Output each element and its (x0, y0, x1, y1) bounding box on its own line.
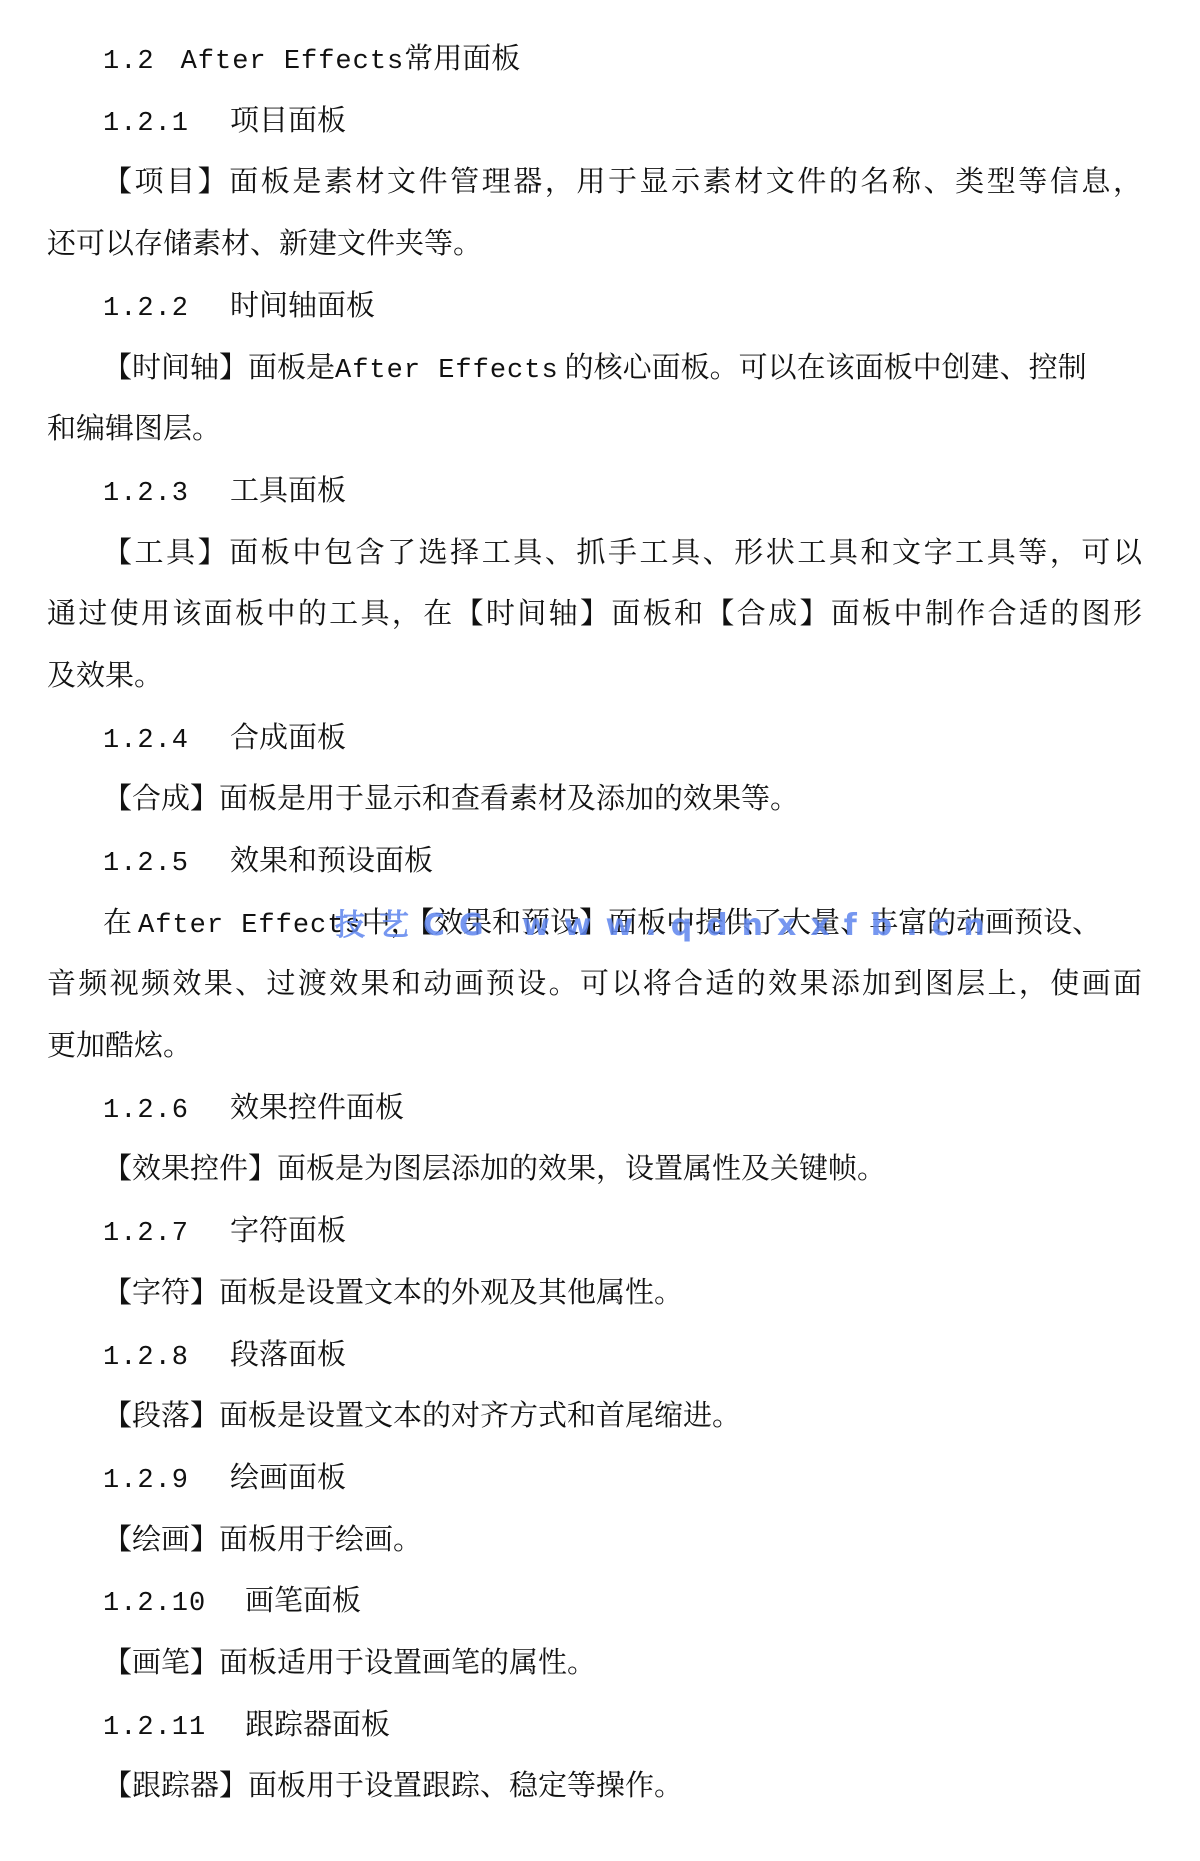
subsection-title: 合成面板 (230, 717, 346, 757)
subsection-heading: 1.2.3工具面板 (103, 470, 189, 510)
paragraph-line: 更加酷炫。 (47, 1025, 192, 1065)
watermark-text: 技艺CG www.qdnxxfb.cn (335, 900, 999, 944)
section-heading: 1.2After Effects常用面板 (103, 38, 520, 78)
subsection-title: 字符面板 (230, 1210, 346, 1250)
subsection-number: 1.2.11 (103, 1708, 206, 1748)
text-run-latin: After Effects (138, 911, 362, 941)
subsection-number: 1.2.4 (103, 721, 189, 761)
subsection-heading: 1.2.1项目面板 (103, 100, 189, 140)
text-run-latin: After Effects (335, 356, 559, 386)
paragraph-line: 和编辑图层。 (47, 408, 221, 448)
subsection-title: 段落面板 (230, 1334, 346, 1374)
subsection-heading: 1.2.7字符面板 (103, 1210, 189, 1250)
subsection-heading: 1.2.9绘画面板 (103, 1457, 189, 1497)
subsection-number: 1.2.8 (103, 1338, 189, 1378)
subsection-heading: 1.2.4合成面板 (103, 717, 189, 757)
subsection-number: 1.2.10 (103, 1584, 206, 1624)
subsection-heading: 1.2.2时间轴面板 (103, 285, 189, 325)
subsection-heading: 1.2.8段落面板 (103, 1334, 189, 1374)
section-title-cjk: 常用面板 (404, 41, 520, 75)
subsection-heading: 1.2.5效果和预设面板 (103, 840, 189, 880)
subsection-number: 1.2.6 (103, 1091, 189, 1131)
paragraph-line: 通过使用该面板中的工具，在【时间轴】面板和【合成】面板中制作合适的图形 (47, 593, 1142, 633)
subsection-heading: 1.2.11跟踪器面板 (103, 1704, 206, 1744)
subsection-number: 1.2.7 (103, 1214, 189, 1254)
text-run: 【时间轴】面板是 (103, 350, 335, 384)
text-run: 的核心面板。可以在该面板中创建、控制 (565, 350, 1087, 384)
paragraph-line: 【项目】面板是素材文件管理器，用于显示素材文件的名称、类型等信息， (103, 161, 1142, 201)
paragraph-line: 【段落】面板是设置文本的对齐方式和首尾缩进。 (103, 1395, 741, 1435)
paragraph-line: 【时间轴】面板是After Effects的核心面板。可以在该面板中创建、控制 (103, 347, 1087, 387)
paragraph-line: 【合成】面板是用于显示和查看素材及添加的效果等。 (103, 778, 799, 818)
subsection-title: 画笔面板 (245, 1580, 361, 1620)
subsection-title: 跟踪器面板 (245, 1704, 390, 1744)
paragraph-line: 【绘画】面板用于绘画。 (103, 1519, 422, 1559)
subsection-heading: 1.2.6效果控件面板 (103, 1087, 189, 1127)
subsection-title: 时间轴面板 (230, 285, 375, 325)
document-page: 1.2After Effects常用面板 1.2.1项目面板 【项目】面板是素材… (0, 0, 1200, 1861)
subsection-number: 1.2.3 (103, 474, 189, 514)
paragraph-line: 【跟踪器】面板用于设置跟踪、稳定等操作。 (103, 1765, 683, 1805)
subsection-title: 工具面板 (230, 470, 346, 510)
subsection-heading: 1.2.10画笔面板 (103, 1580, 206, 1620)
subsection-number: 1.2.2 (103, 289, 189, 329)
section-title-latin: After Effects (181, 47, 405, 77)
subsection-title: 效果控件面板 (230, 1087, 404, 1127)
subsection-title: 绘画面板 (230, 1457, 346, 1497)
paragraph-line: 音频视频效果、过渡效果和动画预设。可以将合适的效果添加到图层上，使画面 (47, 963, 1142, 1003)
paragraph-line: 【效果控件】面板是为图层添加的效果，设置属性及关键帧。 (103, 1148, 886, 1188)
section-number: 1.2 (103, 42, 155, 82)
subsection-number: 1.2.5 (103, 844, 189, 884)
paragraph-line: 【字符】面板是设置文本的外观及其他属性。 (103, 1272, 683, 1312)
paragraph-line: 【工具】面板中包含了选择工具、抓手工具、形状工具和文字工具等，可以 (103, 532, 1142, 572)
subsection-title: 效果和预设面板 (230, 840, 433, 880)
paragraph-line: 【画笔】面板适用于设置画笔的属性。 (103, 1642, 596, 1682)
subsection-number: 1.2.1 (103, 104, 189, 144)
subsection-number: 1.2.9 (103, 1461, 189, 1501)
subsection-title: 项目面板 (230, 100, 346, 140)
paragraph-line: 及效果。 (47, 655, 163, 695)
text-run: 在 (103, 905, 132, 939)
paragraph-line: 还可以存储素材、新建文件夹等。 (47, 223, 482, 263)
